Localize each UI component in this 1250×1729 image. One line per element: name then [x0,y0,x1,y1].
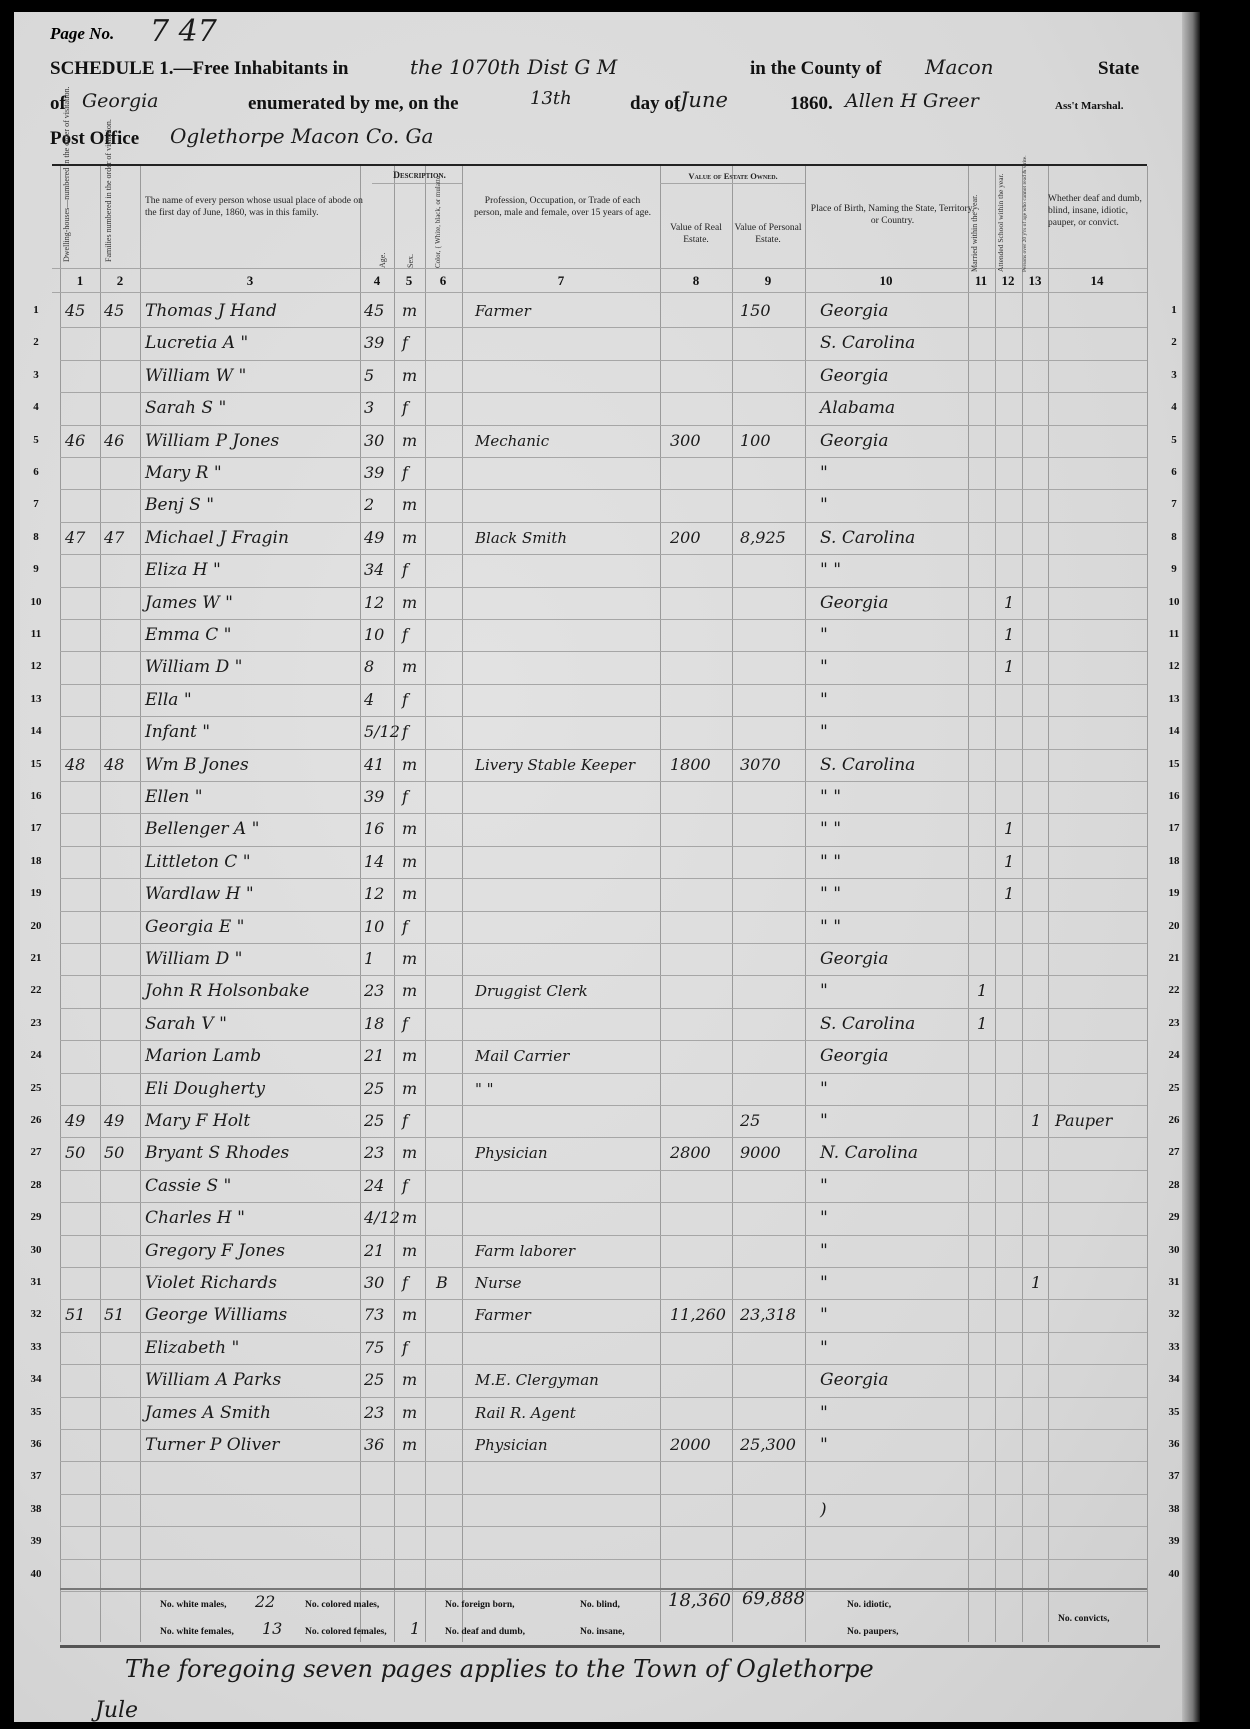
sex: f [402,722,408,742]
colored-males-label: No. colored males, [305,1600,379,1610]
sex: m [402,528,417,548]
footer-rule [60,1645,1160,1648]
age: 5/12 [364,722,400,742]
row-number-right: 2 [1162,336,1186,348]
column-divider [995,166,996,1642]
place-of-birth: " [820,463,828,483]
row-number-right: 28 [1162,1179,1186,1191]
sex: f [402,625,408,645]
sex: m [402,1046,417,1066]
row-number-right: 23 [1162,1017,1186,1029]
row-divider [60,975,1147,976]
row-number-left: 23 [24,1017,48,1029]
person-name: Cassie S " [145,1176,231,1196]
sex: f [402,398,408,418]
sex: m [402,657,417,677]
place-of-birth: " [820,1079,828,1099]
row-number-left: 4 [24,401,48,413]
row-divider [60,1137,1147,1138]
place-of-birth: Alabama [820,398,895,418]
column-divider [462,166,463,1642]
row-number-left: 20 [24,920,48,932]
dwelling-number: 50 [65,1143,85,1163]
row-divider [60,1591,1147,1592]
row-number-left: 35 [24,1406,48,1418]
row-number-right: 9 [1162,563,1186,575]
person-name: Wm B Jones [145,755,249,775]
row-divider [60,1299,1147,1300]
column-divider [425,166,426,1642]
row-divider [60,1559,1147,1560]
row-number-left: 30 [24,1244,48,1256]
row-divider [60,1267,1147,1268]
dwelling-number: 49 [65,1111,85,1131]
row-number-left: 24 [24,1049,48,1061]
sex: f [402,787,408,807]
row-divider [60,360,1147,361]
row-number-left: 17 [24,822,48,834]
age: 14 [364,852,384,872]
row-number-left: 5 [24,434,48,446]
place-of-birth: Georgia [820,949,888,969]
row-number-right: 30 [1162,1244,1186,1256]
age: 5 [364,366,374,386]
deaf-dumb-label: No. deaf and dumb, [445,1627,525,1637]
place-of-birth: S. Carolina [820,1014,915,1034]
person-name: Mary R " [145,463,222,483]
occupation: Farmer [475,301,531,321]
age: 49 [364,528,384,548]
row-number-left: 19 [24,887,48,899]
place-of-birth: " " [820,917,841,937]
header-divider [660,183,805,184]
age: 25 [364,1079,384,1099]
place-of-birth: " [820,981,828,1001]
row-number-right: 14 [1162,725,1186,737]
place-of-birth: " [820,1208,828,1228]
county: Macon [925,55,994,79]
col4-header: Age. [378,253,387,268]
person-name: Charles H " [145,1208,245,1228]
person-name: William D " [145,949,242,969]
column-divider [660,166,661,1642]
place-of-birth: Georgia [820,366,888,386]
row-number-right: 40 [1162,1568,1186,1580]
sex: f [402,1338,408,1358]
age: 25 [364,1111,384,1131]
dwelling-number: 46 [65,431,85,451]
dwelling-number: 51 [65,1305,85,1325]
place-of-birth: ) [820,1500,827,1520]
sex: m [402,495,417,515]
person-name: Thomas J Hand [145,301,277,321]
sex: m [402,852,417,872]
age: 21 [364,1241,384,1261]
convicts-label: No. convicts, [1058,1614,1109,1624]
person-name: Michael J Fragin [145,528,289,548]
row-number-right: 16 [1162,790,1186,802]
person-name: William P Jones [145,431,279,451]
age: 3 [364,398,374,418]
place-of-birth: Georgia [820,301,888,321]
row-divider [60,1040,1147,1041]
age: 24 [364,1176,384,1196]
place-of-birth: " " [820,884,841,904]
age: 10 [364,625,384,645]
state: Georgia [82,90,159,112]
post-office: Oglethorpe Macon Co. Ga [170,124,433,148]
attended-school: 1 [1004,852,1014,872]
cannot-read-write: 1 [1031,1273,1041,1293]
place-of-birth: S. Carolina [820,528,915,548]
enumerated-label: enumerated by me, on the [248,93,459,115]
row-number-right: 17 [1162,822,1186,834]
row-number-left: 34 [24,1373,48,1385]
person-name: Wardlaw H " [145,884,254,904]
age: 41 [364,755,384,775]
dwelling-number: 48 [65,755,85,775]
condition: Pauper [1055,1111,1112,1131]
person-name: James A Smith [145,1403,271,1423]
place-of-birth: " [820,1338,828,1358]
sex: m [402,1241,417,1261]
row-number-left: 31 [24,1276,48,1288]
attended-school: 1 [1004,657,1014,677]
real-estate-value: 2800 [670,1143,711,1163]
row-divider [60,1461,1147,1462]
place-of-birth: " [820,722,828,742]
personal-estate-value: 150 [740,301,771,321]
handwritten-note: The foregoing seven pages applies to the… [125,1655,874,1683]
place-of-birth: " [820,1403,828,1423]
sex: m [402,884,417,904]
row-number-right: 19 [1162,887,1186,899]
column-divider [60,166,61,1642]
sex: m [402,1208,417,1228]
marshal-label: Ass't Marshal. [1055,100,1123,112]
row-number-right: 5 [1162,434,1186,446]
row-number-right: 36 [1162,1438,1186,1450]
row-number-right: 39 [1162,1535,1186,1547]
age: 36 [364,1435,384,1455]
age: 30 [364,1273,384,1293]
sex: f [402,1176,408,1196]
person-name: Eli Dougherty [145,1079,265,1099]
row-number-left: 26 [24,1114,48,1126]
person-name: John R Holsonbake [145,981,309,1001]
column-divider [732,166,733,1642]
column-divider [1147,166,1148,1642]
row-divider [60,878,1147,879]
column-number: 7 [546,273,576,289]
row-number-left: 12 [24,660,48,672]
place-of-birth: S. Carolina [820,755,915,775]
person-name: Infant " [145,722,210,742]
header-divider [52,292,1147,293]
row-number-left: 3 [24,369,48,381]
sex: m [402,981,417,1001]
row-number-right: 7 [1162,498,1186,510]
place-of-birth: " " [820,560,841,580]
person-name: Violet Richards [145,1273,277,1293]
person-name: Lucretia A " [145,333,248,353]
age: 39 [364,787,384,807]
col10-header: Place of Birth, Naming the State, Territ… [810,203,975,227]
person-name: William D " [145,657,242,677]
row-number-left: 8 [24,531,48,543]
sex: m [402,949,417,969]
place-of-birth: N. Carolina [820,1143,918,1163]
personal-estate-total: 69,888 [742,1588,805,1609]
row-number-right: 29 [1162,1211,1186,1223]
row-divider [60,1170,1147,1171]
row-number-left: 10 [24,596,48,608]
paupers-label: No. paupers, [847,1627,898,1637]
col13-header: Persons over 20 y'rs of age who cannot r… [1022,155,1028,272]
row-number-left: 40 [24,1568,48,1580]
age: 75 [364,1338,384,1358]
person-name: Mary F Holt [145,1111,250,1131]
attended-school: 1 [1004,593,1014,613]
age: 4 [364,690,374,710]
age: 34 [364,560,384,580]
place-of-birth: " [820,1111,828,1131]
county-label: in the County of [750,58,881,80]
place-of-birth: " [820,1241,828,1261]
sex: m [402,1305,417,1325]
sex: m [402,1079,417,1099]
age: 30 [364,431,384,451]
row-divider [60,1429,1147,1430]
age: 4/12 [364,1208,400,1228]
row-divider [60,846,1147,847]
person-name: Elizabeth " [145,1338,239,1358]
sex: f [402,560,408,580]
row-divider [60,587,1147,588]
sex: m [402,593,417,613]
personal-estate-value: 9000 [740,1143,781,1163]
age: 8 [364,657,374,677]
age: 25 [364,1370,384,1390]
state-label: State [1098,58,1139,80]
place-of-birth: " [820,1176,828,1196]
occupation: Physician [475,1435,548,1455]
row-number-left: 33 [24,1341,48,1353]
row-divider [60,943,1147,944]
row-divider [60,911,1147,912]
row-divider [60,1364,1147,1365]
real-estate-value: 2000 [670,1435,711,1455]
row-number-right: 10 [1162,596,1186,608]
marshal-name: Allen H Greer [845,90,979,112]
place-of-birth: " [820,1435,828,1455]
row-number-right: 32 [1162,1308,1186,1320]
row-number-left: 39 [24,1535,48,1547]
column-number: 6 [428,273,458,289]
sex: f [402,690,408,710]
family-number: 49 [104,1111,124,1131]
row-divider [60,1397,1147,1398]
age: 73 [364,1305,384,1325]
column-divider [805,166,806,1642]
sex: f [402,1273,408,1293]
place-of-birth: Georgia [820,1046,888,1066]
insane-label: No. insane, [580,1627,625,1637]
row-divider [60,684,1147,685]
col3-header: The name of every person whose usual pla… [145,195,365,219]
family-number: 50 [104,1143,124,1163]
row-number-left: 13 [24,693,48,705]
row-divider [60,1008,1147,1009]
row-divider [60,392,1147,393]
row-number-right: 35 [1162,1406,1186,1418]
occupation: Farm laborer [475,1241,575,1261]
column-number: 9 [753,273,783,289]
row-divider [60,1235,1147,1236]
row-divider [60,489,1147,490]
real-estate-value: 1800 [670,755,711,775]
sex: f [402,463,408,483]
column-number: 2 [105,273,135,289]
row-number-left: 27 [24,1146,48,1158]
row-divider [60,651,1147,652]
row-number-left: 9 [24,563,48,575]
sex: m [402,301,417,321]
occupation: Mail Carrier [475,1046,569,1066]
row-divider [60,425,1147,426]
sex: m [402,366,417,386]
family-number: 46 [104,431,124,451]
row-number-left: 38 [24,1503,48,1515]
sex: f [402,333,408,353]
place-of-birth: " " [820,787,841,807]
row-number-left: 29 [24,1211,48,1223]
row-number-right: 11 [1162,628,1186,640]
row-number-right: 3 [1162,369,1186,381]
row-number-right: 25 [1162,1082,1186,1094]
row-number-left: 14 [24,725,48,737]
occupation: Rail R. Agent [475,1403,576,1423]
row-number-left: 2 [24,336,48,348]
row-number-right: 33 [1162,1341,1186,1353]
sex: m [402,431,417,451]
family-number: 47 [104,528,124,548]
estate-header: Value of Estate Owned. [662,170,804,182]
place-of-birth: Georgia [820,593,888,613]
row-divider [60,1202,1147,1203]
personal-estate-value: 100 [740,431,771,451]
married-within-year: 1 [977,1014,987,1034]
person-name: Emma C " [145,625,231,645]
person-name: William A Parks [145,1370,281,1390]
header-divider [52,268,1147,269]
col6-header: Color, { White, black, or mulatto. [434,174,442,268]
col12-header: Attended School within the year. [996,173,1005,272]
col11-header: Married within the year. [970,195,979,272]
place-of-birth: " [820,690,828,710]
age: 1 [364,949,374,969]
row-number-right: 24 [1162,1049,1186,1061]
age: 10 [364,917,384,937]
row-number-right: 31 [1162,1276,1186,1288]
person-name: Marion Lamb [145,1046,261,1066]
row-divider [60,1332,1147,1333]
row-number-left: 36 [24,1438,48,1450]
age: 12 [364,593,384,613]
row-number-left: 25 [24,1082,48,1094]
occupation: Physician [475,1143,548,1163]
place-of-birth: " [820,625,828,645]
column-divider [140,166,141,1642]
col1-header: Dwelling-houses—numbered in the order of… [62,86,71,262]
age: 21 [364,1046,384,1066]
family-number: 51 [104,1305,124,1325]
header-divider [372,183,462,184]
occupation: Livery Stable Keeper [475,755,635,775]
row-number-left: 21 [24,952,48,964]
occupation: Farmer [475,1305,531,1325]
row-number-right: 34 [1162,1373,1186,1385]
place-of-birth: Georgia [820,1370,888,1390]
row-number-right: 1 [1162,304,1186,316]
personal-estate-value: 23,318 [740,1305,796,1325]
attended-school: 1 [1004,884,1014,904]
age: 45 [364,301,384,321]
colored-females-label: No. colored females, [305,1627,387,1637]
row-divider [60,1105,1147,1106]
person-name: Ellen " [145,787,203,807]
col9-header: Value of Personal Estate. [733,222,803,246]
person-name: William W " [145,366,246,386]
row-divider [60,554,1147,555]
white-females-label: No. white females, [160,1627,234,1637]
occupation: Black Smith [475,528,567,548]
place-of-birth: " [820,657,828,677]
age: 23 [364,1403,384,1423]
row-divider [60,619,1147,620]
column-divider [394,166,395,1642]
page-number-label: Page No. [50,24,114,44]
occupation: " " [475,1079,494,1099]
row-number-right: 13 [1162,693,1186,705]
row-number-left: 7 [24,498,48,510]
year: 1860. [790,93,833,115]
page-number: 7 47 [150,14,217,49]
cannot-read-write: 1 [1031,1111,1041,1131]
age: 23 [364,1143,384,1163]
family-number: 48 [104,755,124,775]
place-of-birth: S. Carolina [820,333,915,353]
column-number: 13 [1020,273,1050,289]
row-number-right: 18 [1162,855,1186,867]
row-number-left: 18 [24,855,48,867]
row-divider [60,781,1147,782]
attended-school: 1 [1004,819,1014,839]
personal-estate-value: 8,925 [740,528,786,548]
column-divider [1048,166,1049,1642]
description-header: Description. [372,170,467,182]
column-divider [1022,166,1023,1642]
place-of-birth: " [820,1305,828,1325]
row-number-right: 38 [1162,1503,1186,1515]
white-females-value: 13 [262,1619,282,1638]
person-name: Bellenger A " [145,819,259,839]
real-estate-value: 300 [670,431,701,451]
personal-estate-value: 25 [740,1111,760,1131]
real-estate-value: 11,260 [670,1305,726,1325]
column-number: 11 [966,273,996,289]
dwelling-number: 47 [65,528,85,548]
